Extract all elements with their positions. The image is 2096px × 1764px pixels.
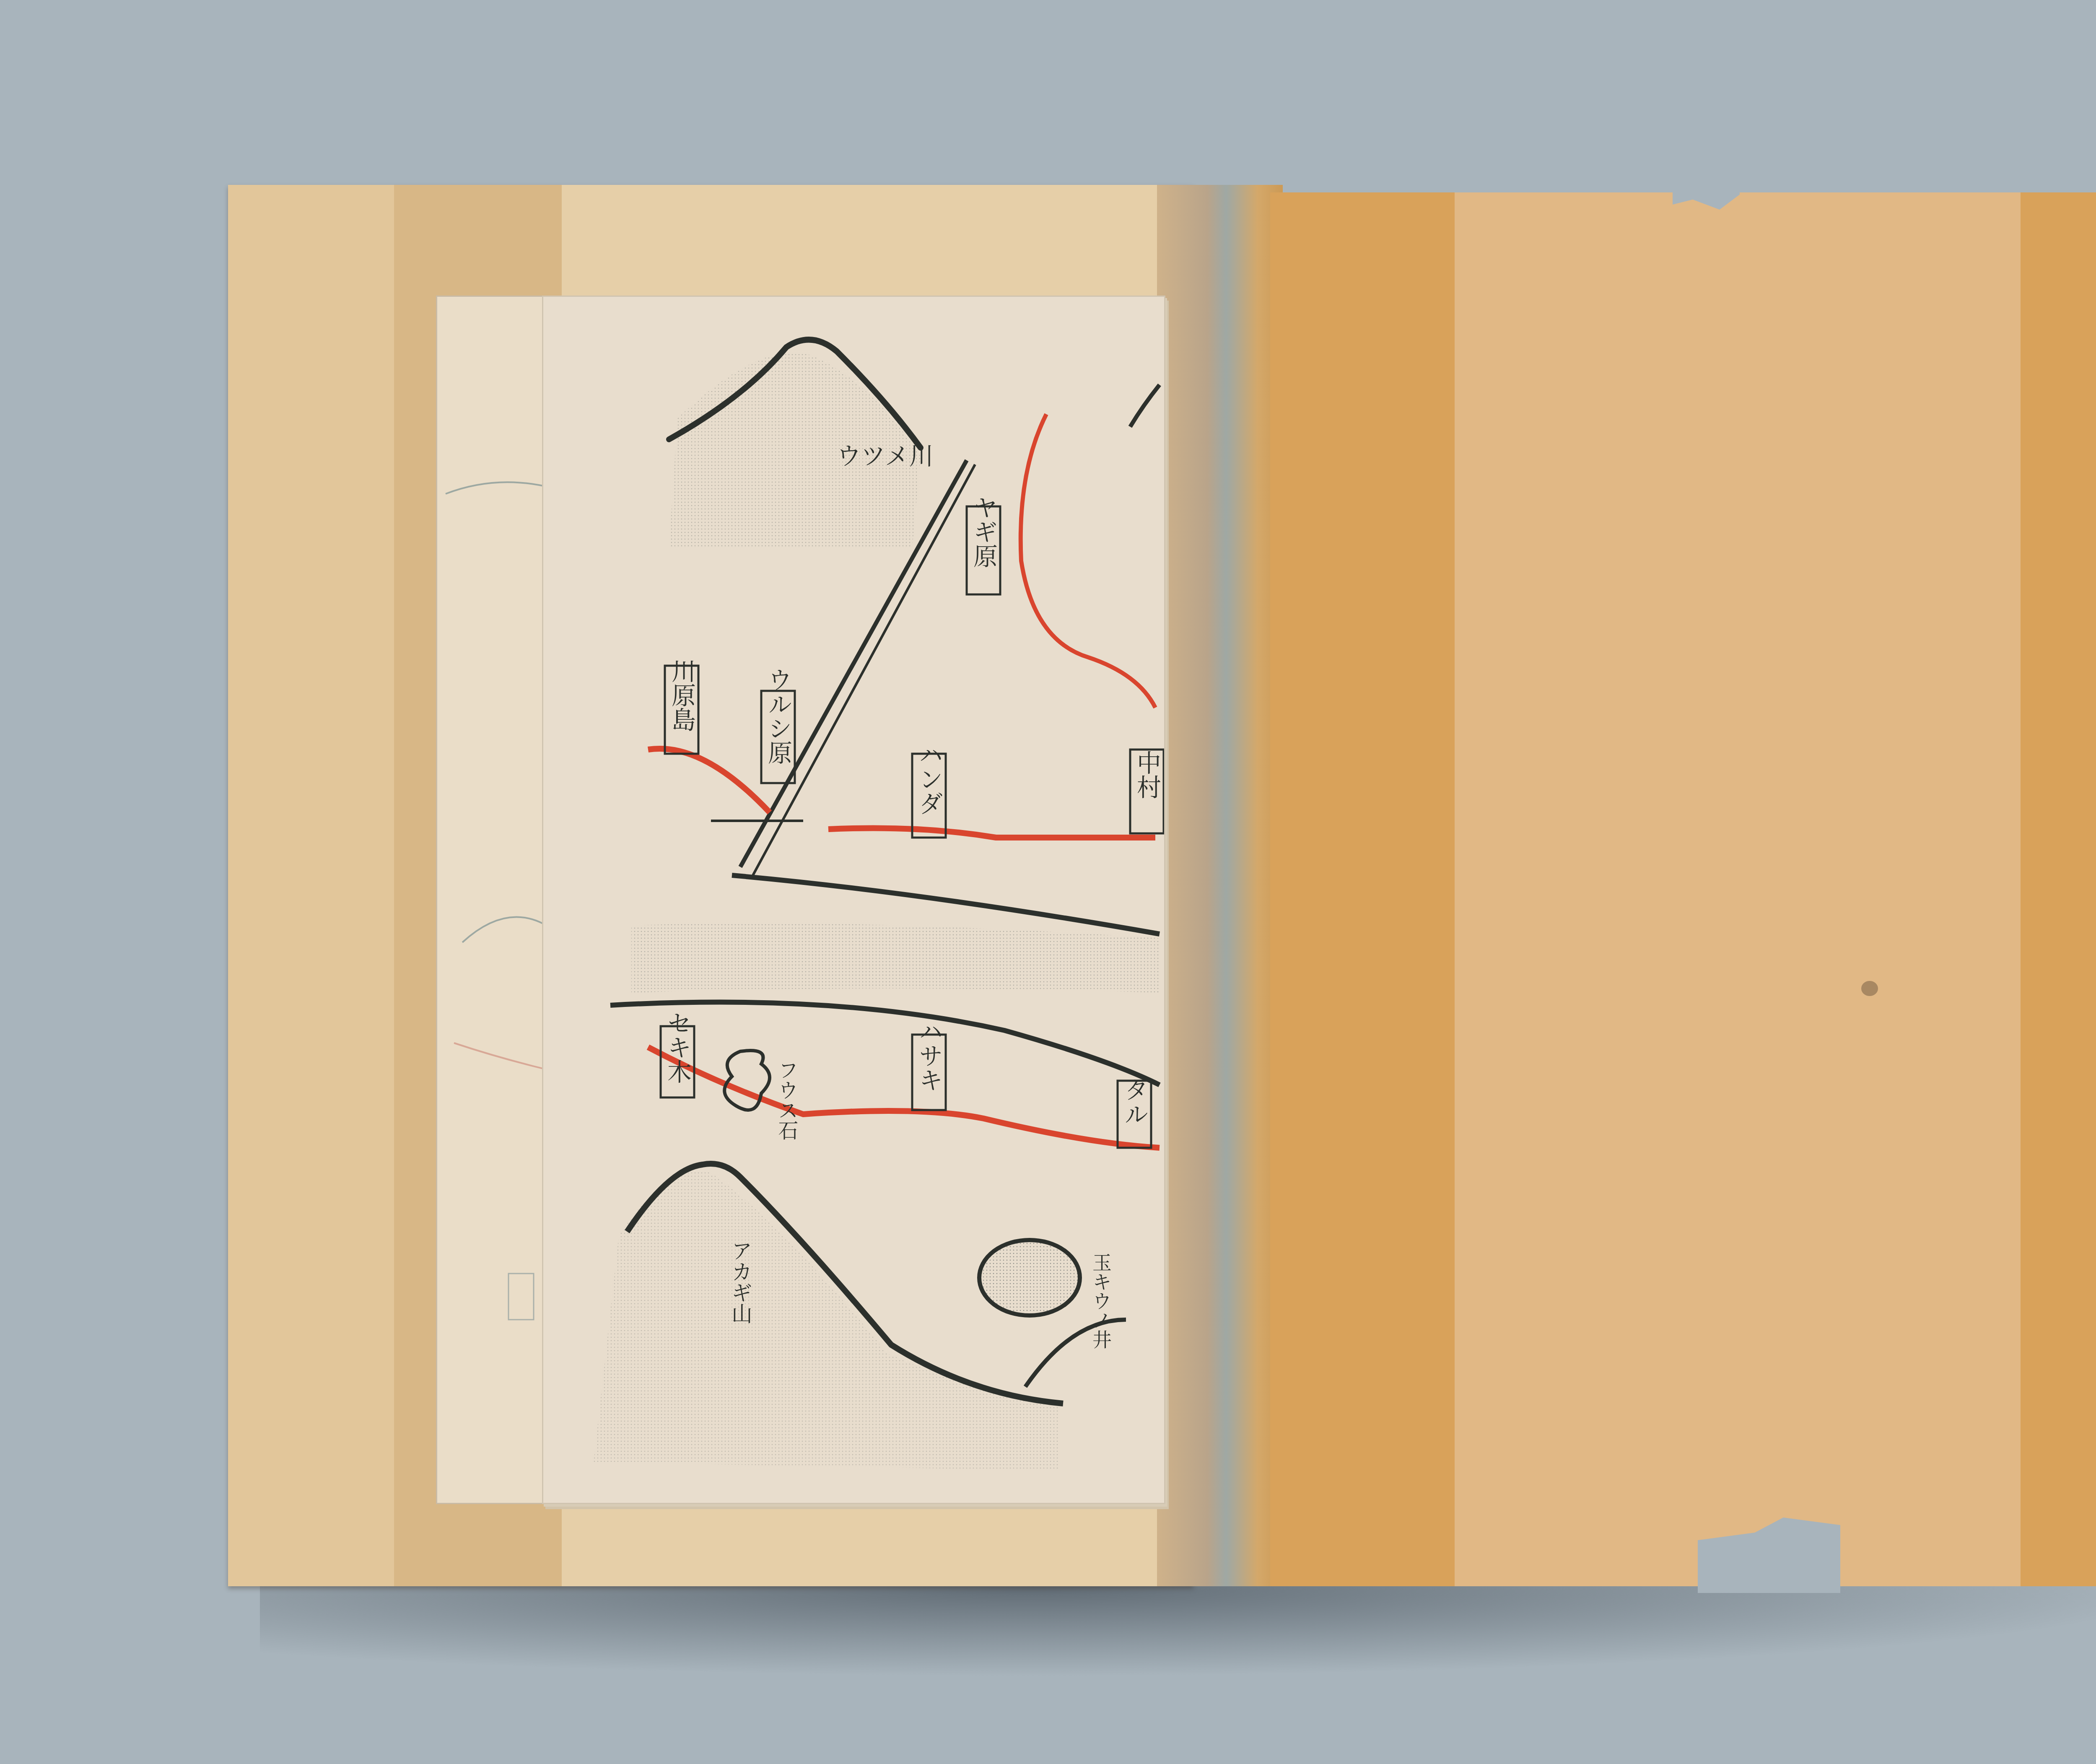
place-sekine: セキ木: [661, 1011, 694, 1097]
landmark-fuusu-ishi: フウス石: [775, 1060, 798, 1140]
main-river: [631, 923, 1160, 993]
place-taru: タル: [1118, 1077, 1151, 1148]
landmark-gyokukyu-no-i: 玉キウノ井: [1090, 1253, 1112, 1349]
svg-text:ハサキ: ハサキ: [915, 1019, 943, 1092]
place-handa: ハンダ: [912, 742, 946, 838]
right-cover-tape-right: [2021, 192, 2096, 1586]
svg-text:ウルシ原: ウルシ原: [764, 667, 792, 765]
map-sheet[interactable]: ウツメ川 川原島 ウルシ原 ヤギ原: [542, 296, 1165, 1504]
place-nakamura: 中村: [1130, 750, 1164, 833]
svg-text:セキ木: セキ木: [663, 1011, 692, 1084]
svg-text:ハンダ: ハンダ: [915, 742, 943, 815]
landmark-akagi-yama: アカギ山: [728, 1240, 752, 1324]
svg-text:川原島: 川原島: [667, 659, 696, 732]
right-cover-tape-left: [1270, 192, 1455, 1586]
stain-spot: [1861, 981, 1878, 996]
svg-text:ヤギ原: ヤギ原: [969, 495, 998, 568]
pond-icon: [979, 1240, 1080, 1315]
svg-text:タル: タル: [1120, 1077, 1149, 1126]
book-spine: [1157, 185, 1283, 1586]
svg-text:中村: 中村: [1133, 750, 1161, 799]
place-urushihara: ウルシ原: [761, 667, 795, 783]
map-drawing: ウツメ川 川原島 ウルシ原 ヤギ原: [543, 297, 1164, 1503]
place-yagihara: ヤギ原: [967, 495, 1000, 594]
river-label: ウツメ川: [837, 442, 934, 470]
place-hasaki: ハサキ: [912, 1019, 946, 1110]
road-red: [648, 749, 770, 812]
place-kawarajima: 川原島: [665, 659, 698, 754]
